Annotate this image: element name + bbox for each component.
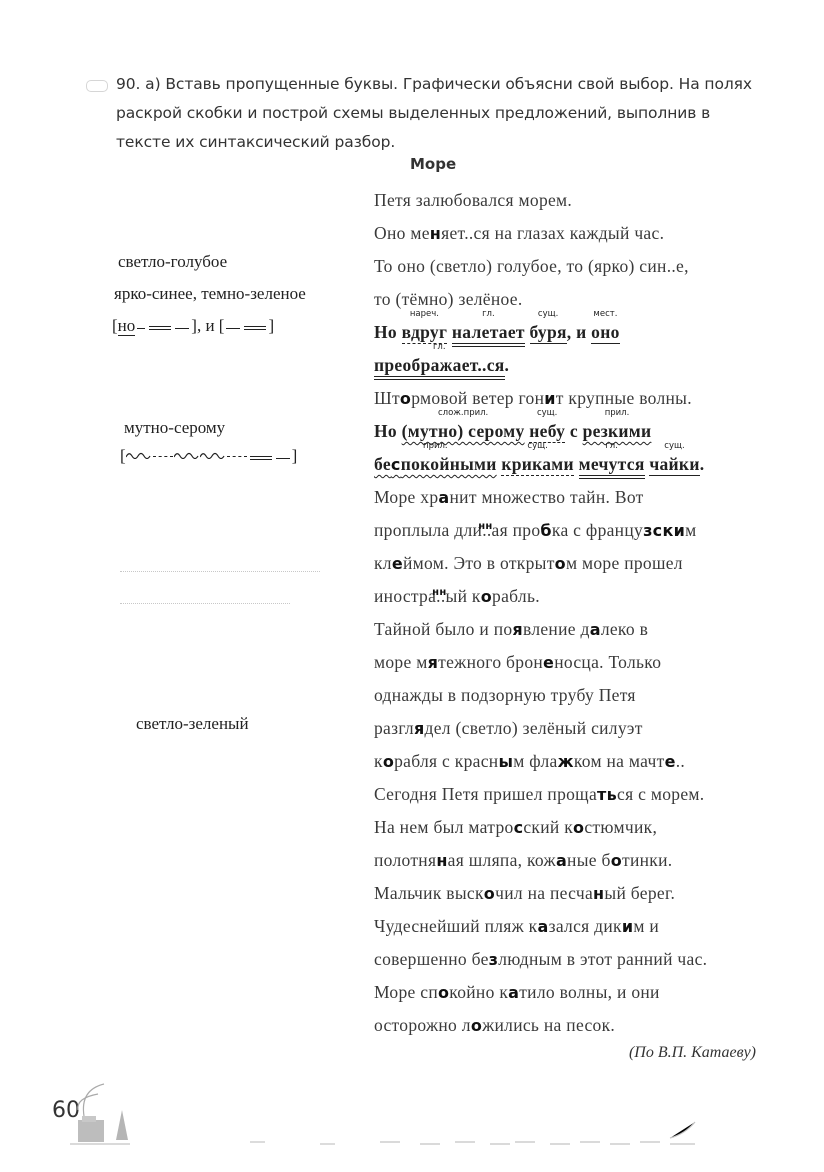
part-of-speech-label: прил. <box>423 442 448 451</box>
text-line: иностранн..ый корабль. <box>374 580 774 613</box>
subject-word: чайки <box>649 453 699 476</box>
text-line: однажды в подзорную трубу Петя <box>374 679 774 712</box>
attribute-word: резкими <box>583 421 652 441</box>
text-line: Штормовой ветер гонит крупные волны. <box>374 382 774 415</box>
margin-note-1: светло-голубое <box>118 252 227 272</box>
text-line: Петя залюбовался морем. <box>374 184 774 217</box>
sentence-scheme-2: [] <box>120 446 297 466</box>
subject-word: буря <box>530 321 567 344</box>
margin-note-3: мутно-серому <box>124 418 225 438</box>
sailing-ship-decoration-icon <box>70 1080 790 1150</box>
margin-note-2: ярко-синее, темно-зеленое <box>114 284 306 304</box>
object-word: криками <box>501 453 574 476</box>
text-line: корабля с красным флажком на мачте.. <box>374 745 774 778</box>
text-line: море мятежного броненосца. Только <box>374 646 774 679</box>
attribute-word: (мутно) серому <box>402 421 525 441</box>
text-line: Море спокойно катило волны, и они <box>374 976 774 1009</box>
text-title: Море <box>410 155 456 173</box>
parsed-sentence-1-line-2: гл.преображает..ся. <box>374 349 774 382</box>
text-line: полотняная шляпа, кожаные ботинки. <box>374 844 774 877</box>
text-line: Сегодня Петя пришел прощаться с морем. <box>374 778 774 811</box>
predicate-word: мечутся <box>579 453 645 479</box>
task-text: Вставь пропущенные буквы. Графически объ… <box>116 75 752 151</box>
wavy-line-icon <box>174 451 200 459</box>
pencil-exercise-icon <box>86 78 108 92</box>
part-of-speech-label: сущ. <box>537 409 557 418</box>
task-number: 90. а) <box>116 75 161 93</box>
predicate-word: преображает..ся <box>374 354 505 380</box>
object-word: небу <box>529 420 565 443</box>
part-of-speech-label: мест. <box>593 310 617 319</box>
margin-note-4: светло-зеленый <box>136 714 249 734</box>
text-line: Море хранит множество тайн. Вот <box>374 481 774 514</box>
text-line: То оно (светло) голубое, то (ярко) син..… <box>374 250 774 283</box>
part-of-speech-label: сущ. <box>664 442 684 451</box>
faint-dotted-line <box>120 603 290 604</box>
part-of-speech-label: сущ. <box>538 310 558 319</box>
part-of-speech-label: нареч. <box>410 310 439 319</box>
text-line: осторожно ложились на песок. <box>374 1009 774 1042</box>
text-line: На нем был матросский костюмчик, <box>374 811 774 844</box>
text-line: проплыла длинн..ая пробка с французским <box>374 514 774 547</box>
author-attribution: (По В.П. Катаеву) <box>629 1044 756 1062</box>
exercise-text: Петя залюбовался морем. Оно меняет..ся н… <box>374 184 774 1042</box>
text-line: Чудеснейший пляж казался диким и <box>374 910 774 943</box>
text-line: Тайной было и появление далеко в <box>374 613 774 646</box>
task-instructions: 90. а) Вставь пропущенные буквы. Графиче… <box>116 70 756 157</box>
wavy-line-icon <box>200 451 226 459</box>
attribute-word: беспокойными <box>374 454 497 474</box>
part-of-speech-label: прил. <box>605 409 630 418</box>
text-line: разглядел (светло) зелёный силуэт <box>374 712 774 745</box>
part-of-speech-label: гл. <box>605 442 618 451</box>
part-of-speech-label: сущ. <box>527 442 547 451</box>
predicate-word: налетает <box>452 321 525 347</box>
part-of-speech-label: слож.прил. <box>438 409 488 418</box>
subject-word: оно <box>591 321 619 344</box>
sentence-scheme-1: [но], и [] <box>112 316 274 336</box>
parsed-sentence-2-line-2: прил.беспокойными сущ.криками гл.мечутся… <box>374 448 774 481</box>
part-of-speech-label: гл. <box>482 310 495 319</box>
text-line: Мальчик выскочил на песчаный берег. <box>374 877 774 910</box>
wavy-line-icon <box>126 451 152 459</box>
text-line: совершенно безлюдным в этот ранний час. <box>374 943 774 976</box>
part-of-speech-label: гл. <box>433 343 446 352</box>
faint-dotted-line <box>120 571 320 572</box>
inserted-letter: н <box>430 224 441 243</box>
text-line: Оно меняет..ся на глазах каждый час. <box>374 217 774 250</box>
adverbial-word: вдруг <box>402 321 448 344</box>
